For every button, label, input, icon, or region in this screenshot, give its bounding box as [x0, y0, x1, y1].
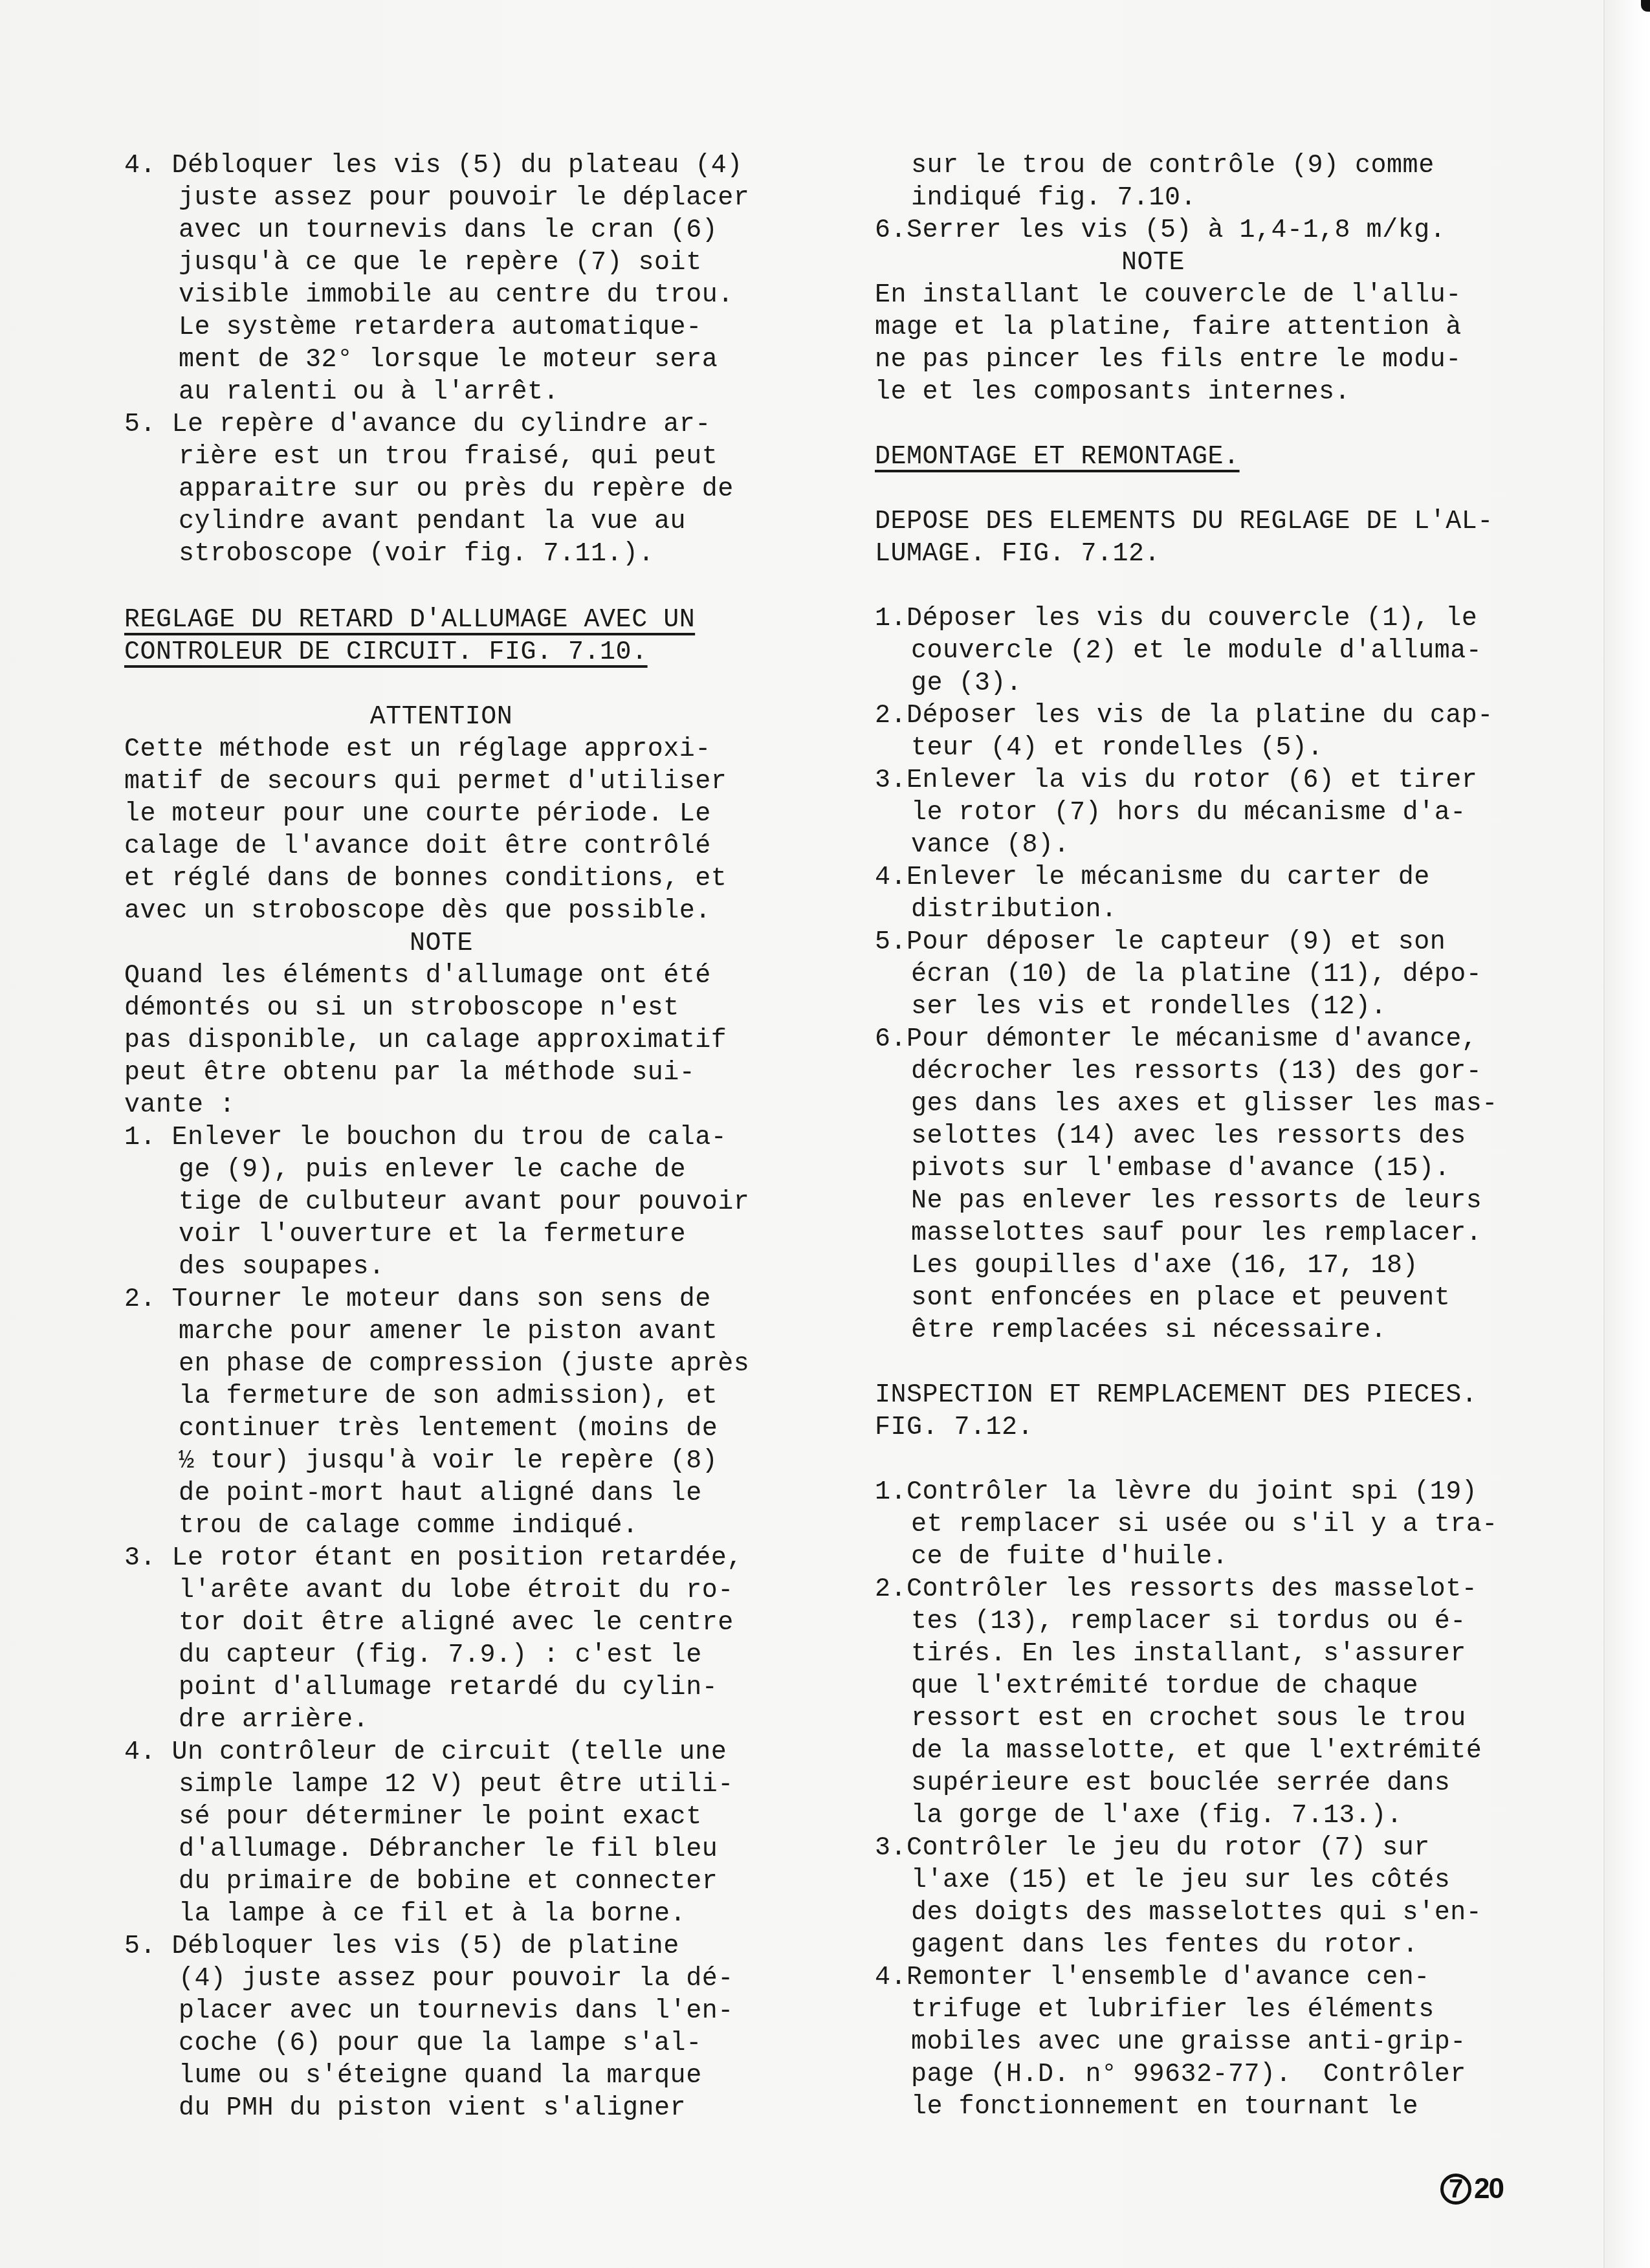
step-line: dre arrière.: [124, 1704, 836, 1737]
step-line: avec un tournevis dans le cran (6): [124, 215, 836, 247]
note-text: En installant le couvercle de l'allu-: [875, 280, 1587, 312]
step-line: Ne pas enlever les ressorts de leurs: [875, 1185, 1587, 1218]
note-text: démontés ou si un stroboscope n'est: [124, 993, 836, 1025]
step-line: la lampe à ce fil et à la borne.: [124, 1899, 836, 1931]
step-line: marche pour amener le piston avant: [124, 1316, 836, 1349]
note-text: ne pas pincer les fils entre le modu-: [875, 344, 1587, 377]
step-line: pivots sur l'embase d'avance (15).: [875, 1153, 1587, 1185]
step-line: mobiles avec une graisse anti-grip-: [875, 2027, 1587, 2059]
step-line: 1.Contrôler la lèvre du joint spi (19): [875, 1477, 1587, 1509]
step-line: (4) juste assez pour pouvoir la dé-: [124, 1963, 836, 1996]
chapter-badge: 7: [1440, 2174, 1471, 2205]
step-line: selottes (14) avec les ressorts des: [875, 1121, 1587, 1153]
step-line: teur (4) et rondelles (5).: [875, 732, 1587, 765]
subheading: FIG. 7.12.: [875, 1412, 1587, 1444]
step-line: de point-mort haut aligné dans le: [124, 1478, 836, 1510]
step-line: voir l'ouverture et la fermeture: [124, 1219, 836, 1251]
attention-text: matif de secours qui permet d'utiliser: [124, 766, 836, 798]
attention-text: Cette méthode est un réglage approxi-: [124, 734, 836, 766]
step-line: Les goupilles d'axe (16, 17, 18): [875, 1250, 1587, 1283]
step-line: gagent dans les fentes du rotor.: [875, 1930, 1587, 1962]
step-line: du capteur (fig. 7.9.) : c'est le: [124, 1640, 836, 1672]
page-number: 20: [1474, 2173, 1503, 2205]
step-line: jusqu'à ce que le repère (7) soit: [124, 247, 836, 280]
section-heading: CONTROLEUR DE CIRCUIT. FIG. 7.10.: [124, 637, 836, 669]
step-line: sur le trou de contrôle (9) comme: [875, 150, 1587, 182]
step-line: ment de 32° lorsque le moteur sera: [124, 344, 836, 377]
step-line: 2.Déposer les vis de la platine du cap-: [875, 700, 1587, 732]
step-line: trifuge et lubrifier les éléments: [875, 1994, 1587, 2027]
spacer: [875, 1347, 1587, 1380]
step-line: d'allumage. Débrancher le fil bleu: [124, 1834, 836, 1866]
step-line: Le système retardera automatique-: [124, 312, 836, 344]
spacer: [124, 669, 836, 701]
subheading: DEPOSE DES ELEMENTS DU REGLAGE DE L'AL-: [875, 506, 1587, 538]
attention-text: avec un stroboscope dès que possible.: [124, 896, 836, 928]
step-line: tige de culbuteur avant pour pouvoir: [124, 1187, 836, 1219]
step-line: 3. Le rotor étant en position retardée,: [124, 1543, 836, 1575]
step-line: rière est un trou fraisé, qui peut: [124, 441, 836, 474]
step-line: le rotor (7) hors du mécanisme d'a-: [875, 797, 1587, 830]
step-line: la fermeture de son admission), et: [124, 1381, 836, 1413]
step-line: de la masselotte, et que l'extrémité: [875, 1735, 1587, 1768]
step-line: en phase de compression (juste après: [124, 1349, 836, 1381]
step-line: 4.Remonter l'ensemble d'avance cen-: [875, 1962, 1587, 1994]
step-line: 4.Enlever le mécanisme du carter de: [875, 862, 1587, 894]
note-text: le et les composants internes.: [875, 377, 1587, 409]
step-line: et remplacer si usée ou s'il y a tra-: [875, 1509, 1587, 1541]
step-line: des soupapes.: [124, 1251, 836, 1284]
step-line: 5. Le repère d'avance du cylindre ar-: [124, 409, 836, 441]
step-line: cylindre avant pendant la vue au: [124, 506, 836, 538]
step-line: 2. Tourner le moteur dans son sens de: [124, 1284, 836, 1316]
step-line: tes (13), remplacer si tordus ou é-: [875, 1606, 1587, 1638]
step-line: indiqué fig. 7.10.: [875, 182, 1587, 215]
step-line: point d'allumage retardé du cylin-: [124, 1672, 836, 1704]
note-text: mage et la platine, faire attention à: [875, 312, 1587, 344]
step-line: 3.Contrôler le jeu du rotor (7) sur: [875, 1833, 1587, 1865]
spacer: [124, 571, 836, 604]
step-line: 1.Déposer les vis du couvercle (1), le: [875, 603, 1587, 635]
step-line: lume ou s'éteigne quand la marque: [124, 2060, 836, 2093]
step-line: 4. Débloquer les vis (5) du plateau (4): [124, 150, 836, 182]
right-column: sur le trou de contrôle (9) commeindiqué…: [875, 150, 1587, 2124]
note-label: NOTE: [875, 247, 1587, 280]
step-line: couvercle (2) et le module d'alluma-: [875, 635, 1587, 668]
step-line: au ralenti ou à l'arrêt.: [124, 377, 836, 409]
subheading: INSPECTION ET REMPLACEMENT DES PIECES.: [875, 1380, 1587, 1412]
spacer: [875, 1444, 1587, 1477]
step-line: 5.Pour déposer le capteur (9) et son: [875, 927, 1587, 959]
attention-label: ATTENTION: [124, 701, 836, 734]
step-line: ges dans les axes et glisser les mas-: [875, 1088, 1587, 1121]
step-line: ressort est en crochet sous le trou: [875, 1703, 1587, 1735]
step-line: supérieure est bouclée serrée dans: [875, 1768, 1587, 1800]
step-line: décrocher les ressorts (13) des gor-: [875, 1056, 1587, 1088]
spacer: [875, 409, 1587, 441]
step-line: 4. Un contrôleur de circuit (telle une: [124, 1737, 836, 1769]
note-text: pas disponible, un calage approximatif: [124, 1025, 836, 1057]
attention-text: calage de l'avance doit être contrôlé: [124, 831, 836, 863]
note-text: vante :: [124, 1090, 836, 1122]
step-line: la gorge de l'axe (fig. 7.13.).: [875, 1800, 1587, 1833]
section-heading: DEMONTAGE ET REMONTAGE.: [875, 441, 1587, 474]
step-line: 2.Contrôler les ressorts des masselot-: [875, 1574, 1587, 1606]
step-line: sé pour déterminer le point exact: [124, 1801, 836, 1834]
step-line: être remplacées si nécessaire.: [875, 1315, 1587, 1347]
step-line: distribution.: [875, 894, 1587, 927]
note-text: Quand les éléments d'allumage ont été: [124, 960, 836, 993]
step-line: coche (6) pour que la lampe s'al-: [124, 2028, 836, 2060]
step-line: le fonctionnement en tournant le: [875, 2091, 1587, 2124]
note-text: peut être obtenu par la méthode sui-: [124, 1057, 836, 1090]
step-line: du PMH du piston vient s'aligner: [124, 2093, 836, 2125]
step-line: ½ tour) jusqu'à voir le repère (8): [124, 1446, 836, 1478]
step-line: ge (3).: [875, 668, 1587, 700]
step-line: 3.Enlever la vis du rotor (6) et tirer: [875, 765, 1587, 797]
note-label: NOTE: [124, 928, 836, 960]
attention-text: et réglé dans de bonnes conditions, et: [124, 863, 836, 896]
step-line: ge (9), puis enlever le cache de: [124, 1154, 836, 1187]
spacer: [875, 571, 1587, 603]
step-line: stroboscope (voir fig. 7.11.).: [124, 538, 836, 571]
step-line: des doigts des masselottes qui s'en-: [875, 1897, 1587, 1930]
step-line: trou de calage comme indiqué.: [124, 1510, 836, 1543]
step-line: masselottes sauf pour les remplacer.: [875, 1218, 1587, 1250]
subheading: LUMAGE. FIG. 7.12.: [875, 538, 1587, 571]
step-line: juste assez pour pouvoir le déplacer: [124, 182, 836, 215]
step-line: page (H.D. n° 99632-77). Contrôler: [875, 2059, 1587, 2091]
spacer: [875, 474, 1587, 506]
step-line: sont enfoncées en place et peuvent: [875, 1283, 1587, 1315]
step-line: l'axe (15) et le jeu sur les côtés: [875, 1865, 1587, 1897]
step-line: ser les vis et rondelles (12).: [875, 991, 1587, 1024]
section-heading: REGLAGE DU RETARD D'ALLUMAGE AVEC UN: [124, 604, 836, 637]
step-line: ce de fuite d'huile.: [875, 1541, 1587, 1574]
step-line: 5. Débloquer les vis (5) de platine: [124, 1931, 836, 1963]
left-column: 4. Débloquer les vis (5) du plateau (4)j…: [124, 150, 836, 2125]
attention-text: le moteur pour une courte période. Le: [124, 798, 836, 831]
step-line: visible immobile au centre du trou.: [124, 280, 836, 312]
step-line: 6.Pour démonter le mécanisme d'avance,: [875, 1024, 1587, 1056]
step-line: 1. Enlever le bouchon du trou de cala-: [124, 1122, 836, 1154]
step-line: apparaitre sur ou près du repère de: [124, 474, 836, 506]
step-line: écran (10) de la platine (11), dépo-: [875, 959, 1587, 991]
step-line: continuer très lentement (moins de: [124, 1413, 836, 1446]
step-line: 6.Serrer les vis (5) à 1,4-1,8 m/kg.: [875, 215, 1587, 247]
step-line: tirés. En les installant, s'assurer: [875, 1638, 1587, 1671]
step-line: simple lampe 12 V) peut être utili-: [124, 1769, 836, 1801]
page-edge: [1603, 0, 1650, 2268]
step-line: du primaire de bobine et connecter: [124, 1866, 836, 1899]
step-line: l'arête avant du lobe étroit du ro-: [124, 1575, 836, 1607]
step-line: tor doit être aligné avec le centre: [124, 1607, 836, 1640]
step-line: placer avec un tournevis dans l'en-: [124, 1996, 836, 2028]
step-line: que l'extrémité tordue de chaque: [875, 1671, 1587, 1703]
page-folio: 7 20: [1440, 2173, 1503, 2205]
step-line: vance (8).: [875, 830, 1587, 862]
